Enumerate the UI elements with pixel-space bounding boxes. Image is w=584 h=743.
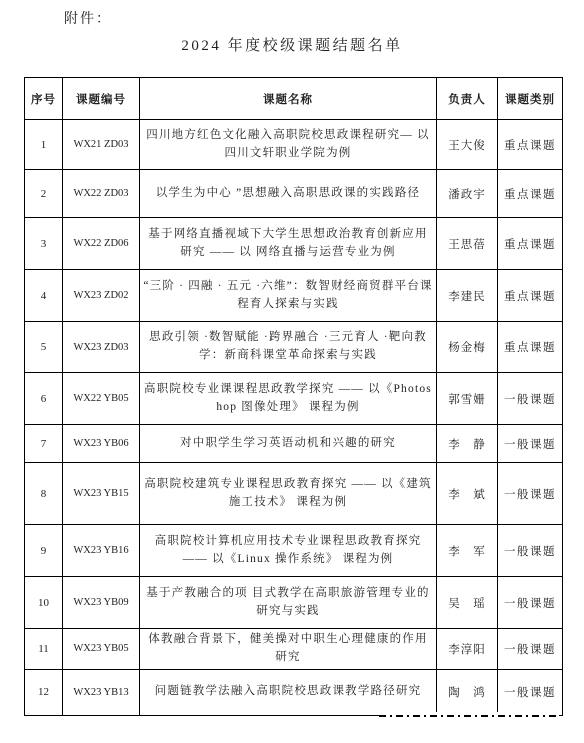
table-row: 8 WX23 YB15 高职院校建筑专业课程思政教育探究 —— 以《建筑施工技术… <box>25 463 563 525</box>
row-project-name: 体教融合背景下，健美操对中职生心理健康的作用研究 <box>140 629 437 670</box>
row-category: 重点课题 <box>498 322 563 373</box>
row-project-name: 以学生为中心 ”思想融入高职思政课的实践路径 <box>140 170 437 218</box>
row-project-name: 基于网络直播视域下大学生思想政治教育创新应用研究 —— 以 网络直播与运营专业为… <box>140 218 437 270</box>
row-category: 一般课题 <box>498 629 563 670</box>
row-category: 一般课题 <box>498 669 563 715</box>
header-category: 课题类别 <box>498 78 563 120</box>
row-no: 2 <box>25 170 63 218</box>
row-leader: 郭雪姗 <box>437 373 498 425</box>
row-category: 一般课题 <box>498 425 563 463</box>
row-no: 8 <box>25 463 63 525</box>
table-row: 2 WX22 ZD03 以学生为中心 ”思想融入高职思政课的实践路径 潘政宇 重… <box>25 170 563 218</box>
table-header: 序号 课题编号 课题名称 负责人 课题类别 <box>25 78 563 120</box>
row-project-name: 四川地方红色文化融入高职院校思政课程研究— 以 四川文轩职业学院为例 <box>140 120 437 170</box>
row-code: WX23 YB15 <box>63 463 140 525</box>
row-leader: 王大俊 <box>437 120 498 170</box>
row-category: 一般课题 <box>498 373 563 425</box>
row-code: WX23 ZD03 <box>63 322 140 373</box>
row-leader: 杨金梅 <box>437 322 498 373</box>
page-title: 2024 年度校级课题结题名单 <box>0 34 584 55</box>
attachment-label: 附件： <box>64 8 112 28</box>
row-category: 重点课题 <box>498 170 563 218</box>
header-no: 序号 <box>25 78 63 120</box>
row-no: 3 <box>25 218 63 270</box>
row-project-name: 高职院校计算机应用技术专业课程思政教育探究—— 以《Linux 操作系统》 课程… <box>140 525 437 577</box>
row-code: WX23 YB09 <box>63 577 140 629</box>
row-no: 11 <box>25 629 63 670</box>
table-row: 11 WX23 YB05 体教融合背景下，健美操对中职生心理健康的作用研究 李淳… <box>25 629 563 670</box>
row-leader: 李淳阳 <box>437 629 498 670</box>
row-code: WX23 YB16 <box>63 525 140 577</box>
row-project-name: “三阶 · 四融 · 五元 ·六维”：数智财经商贸群平台课程育人探索与实践 <box>140 270 437 322</box>
row-leader: 李 斌 <box>437 463 498 525</box>
row-category: 一般课题 <box>498 577 563 629</box>
table-row: 7 WX23 YB06 对中职学生学习英语动机和兴趣的研究 李 静 一般课题 <box>25 425 563 463</box>
row-category: 一般课题 <box>498 525 563 577</box>
page-break-dash-line <box>379 715 560 717</box>
row-category: 重点课题 <box>498 270 563 322</box>
table-row: 6 WX22 YB05 高职院校专业课课程思政教学探究 —— 以《Photosh… <box>25 373 563 425</box>
table-row: 10 WX23 YB09 基于产教融合的项 目式教学在高职旅游管理专业的研究与实… <box>25 577 563 629</box>
row-code: WX23 YB06 <box>63 425 140 463</box>
row-project-name: 对中职学生学习英语动机和兴趣的研究 <box>140 425 437 463</box>
table-row: 5 WX23 ZD03 思政引领 ·数智赋能 ·跨界融合 ·三元育人 ·靶向教学… <box>25 322 563 373</box>
table-row: 4 WX23 ZD02 “三阶 · 四融 · 五元 ·六维”：数智财经商贸群平台… <box>25 270 563 322</box>
row-no: 10 <box>25 577 63 629</box>
row-no: 6 <box>25 373 63 425</box>
row-category: 一般课题 <box>498 463 563 525</box>
row-code: WX21 ZD03 <box>63 120 140 170</box>
row-no: 12 <box>25 669 63 715</box>
row-leader: 李建民 <box>437 270 498 322</box>
row-leader: 李 军 <box>437 525 498 577</box>
row-no: 9 <box>25 525 63 577</box>
projects-table: 序号 课题编号 课题名称 负责人 课题类别 1 WX21 ZD03 四川地方红色… <box>24 77 563 716</box>
row-leader: 王思蓓 <box>437 218 498 270</box>
header-name: 课题名称 <box>140 78 437 120</box>
row-project-name: 思政引领 ·数智赋能 ·跨界融合 ·三元育人 ·靶向教学：新商科课堂革命探索与实… <box>140 322 437 373</box>
row-no: 7 <box>25 425 63 463</box>
header-code: 课题编号 <box>63 78 140 120</box>
row-no: 5 <box>25 322 63 373</box>
row-leader: 吴 瑶 <box>437 577 498 629</box>
row-project-name: 高职院校专业课课程思政教学探究 —— 以《Photoshop 图像处理》 课程为… <box>140 373 437 425</box>
row-no: 4 <box>25 270 63 322</box>
table-row: 3 WX22 ZD06 基于网络直播视域下大学生思想政治教育创新应用研究 —— … <box>25 218 563 270</box>
row-leader: 潘政宇 <box>437 170 498 218</box>
table-row: 9 WX23 YB16 高职院校计算机应用技术专业课程思政教育探究—— 以《Li… <box>25 525 563 577</box>
row-code: WX22 YB05 <box>63 373 140 425</box>
row-leader: 李 静 <box>437 425 498 463</box>
row-project-name: 问题链教学法融入高职院校思政课教学路径研究 <box>140 669 437 715</box>
row-code: WX23 ZD02 <box>63 270 140 322</box>
table-row: 12 WX23 YB13 问题链教学法融入高职院校思政课教学路径研究 陶 鸿 一… <box>25 669 563 715</box>
row-category: 重点课题 <box>498 120 563 170</box>
row-category: 重点课题 <box>498 218 563 270</box>
header-leader: 负责人 <box>437 78 498 120</box>
document-page: 附件： 2024 年度校级课题结题名单 序号 课题编号 课题名称 负责人 课题类… <box>0 0 584 743</box>
row-project-name: 高职院校建筑专业课程思政教育探究 —— 以《建筑施工技术》 课程为例 <box>140 463 437 525</box>
table-row: 1 WX21 ZD03 四川地方红色文化融入高职院校思政课程研究— 以 四川文轩… <box>25 120 563 170</box>
row-code: WX23 YB05 <box>63 629 140 670</box>
row-code: WX22 ZD03 <box>63 170 140 218</box>
row-leader: 陶 鸿 <box>437 669 498 715</box>
header-row: 序号 课题编号 课题名称 负责人 课题类别 <box>25 78 563 120</box>
row-project-name: 基于产教融合的项 目式教学在高职旅游管理专业的研究与实践 <box>140 577 437 629</box>
row-no: 1 <box>25 120 63 170</box>
row-code: WX22 ZD06 <box>63 218 140 270</box>
row-code: WX23 YB13 <box>63 669 140 715</box>
